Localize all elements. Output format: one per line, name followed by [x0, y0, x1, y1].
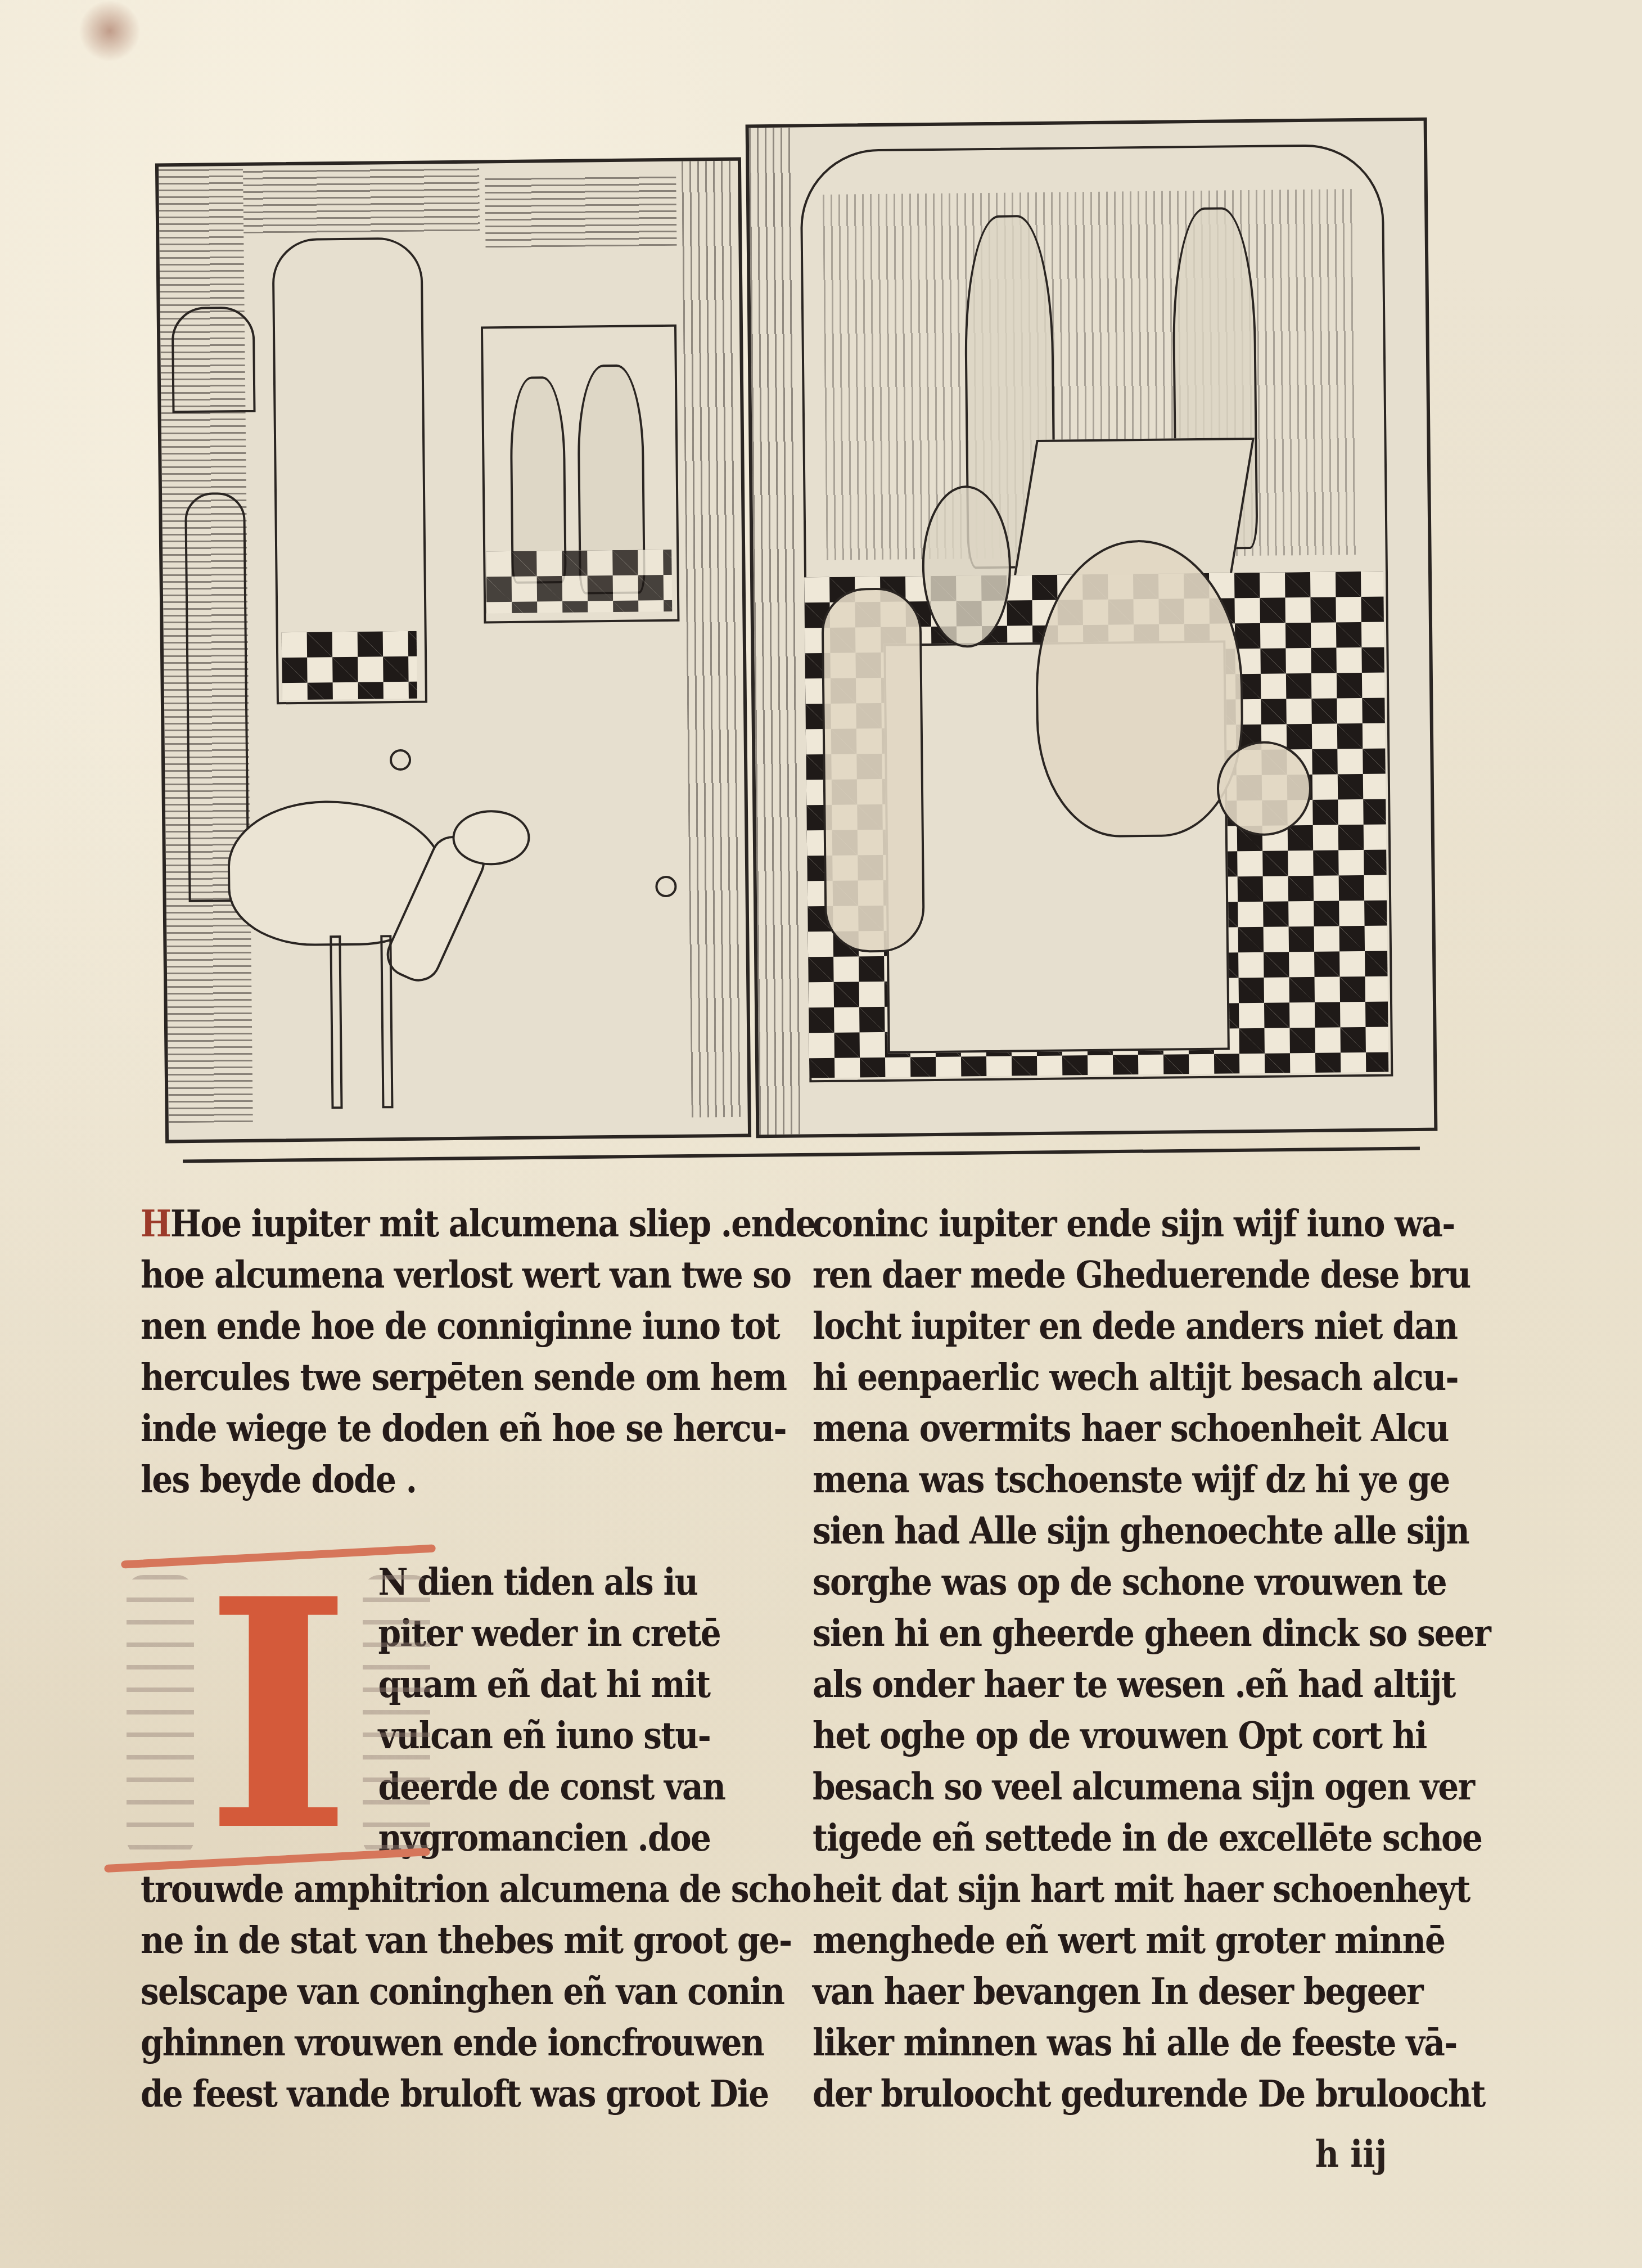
checkered-floor-icon: [282, 631, 417, 700]
chapter-heading-line: nen ende hoe de conniginne iuno tot: [141, 1300, 815, 1352]
chapter-heading-line: hercules twe serpēten sende om hem: [141, 1352, 815, 1403]
serpent-icon: [749, 121, 1424, 128]
chapter-heading-line: inde wiege te doden eñ hoe se hercu-: [141, 1403, 815, 1454]
woodcut-bottom-rule: [183, 1146, 1420, 1163]
text-line: sien had Alle sijn ghenoechte alle sijn: [813, 1505, 1490, 1556]
text-line: locht iupiter en dede anders niet dan: [813, 1300, 1490, 1352]
chapter-heading-line: HHoe iupiter mit alcumena sliep .ende: [141, 1198, 815, 1249]
text-line: coninc iupiter ende sijn wijf iuno wa-: [813, 1198, 1490, 1249]
woodcut-left-panel: [155, 157, 751, 1144]
initial-letter: I: [200, 1569, 357, 1862]
woodcut-right-panel: [746, 118, 1438, 1138]
text-line: ne in de stat van thebes mit groot ge-: [141, 1915, 815, 1966]
penwork-flourish-icon: [363, 1575, 430, 1856]
text-line: selscape van coninghen eñ van conin: [141, 1966, 815, 2017]
chapter-heading-line: hoe alcumena verlost wert van twe so: [141, 1249, 815, 1300]
ball-icon: [390, 749, 411, 771]
text-line: heit dat sijn hart mit haer schoenheyt: [813, 1864, 1490, 1915]
decorated-initial: I: [115, 1541, 436, 1879]
text-line: sorghe was op de schone vrouwen te: [813, 1556, 1490, 1608]
ball-icon: [655, 876, 676, 897]
serpent-icon: [749, 121, 1424, 128]
text-line: besach so veel alcumena sijn ogen ver: [813, 1761, 1490, 1812]
text-line: der bruloocht gedurende De bruloocht: [813, 2068, 1490, 2119]
text-line: hi eenpaerlic wech altijt besach alcu-: [813, 1352, 1490, 1403]
penwork-flourish-icon: [127, 1575, 194, 1856]
text-line: het oghe op de vrouwen Opt cort hi: [813, 1710, 1490, 1761]
signature-mark: h iij: [1315, 2132, 1387, 2176]
text-line: ren daer mede Gheduerende dese bru: [813, 1249, 1490, 1300]
text-line: menghede eñ wert mit groter minnē: [813, 1915, 1490, 1966]
text-line: van haer bevangen In deser begeer: [813, 1966, 1490, 2017]
chapter-heading-line: les beyde dode .: [141, 1454, 815, 1505]
tiled-roof-icon: [485, 173, 676, 248]
text-line: tigede eñ settede in de excellēte schoe: [813, 1812, 1490, 1864]
text-line: sien hi en gheerde gheen dinck so seer: [813, 1608, 1490, 1659]
text-line: mena overmits haer schoenheit Alcu: [813, 1403, 1490, 1454]
text-line: ghinnen vrouwen ende ioncfrouwen: [141, 2017, 815, 2068]
text-line: de feest vande bruloft was groot Die: [141, 2068, 815, 2119]
text-line: mena was tschoenste wijf dz hi ye ge: [813, 1454, 1490, 1505]
text-line: als onder haer te wesen .eñ had altijt: [813, 1659, 1490, 1710]
right-text-column: coninc iupiter ende sijn wijf iuno wa- r…: [813, 1198, 1490, 2119]
paper-stain: [79, 0, 141, 62]
woodcut-illustration: [160, 121, 1431, 1156]
checkered-floor-icon: [486, 550, 672, 613]
text-line: liker minnen was hi alle de feeste vā-: [813, 2017, 1490, 2068]
